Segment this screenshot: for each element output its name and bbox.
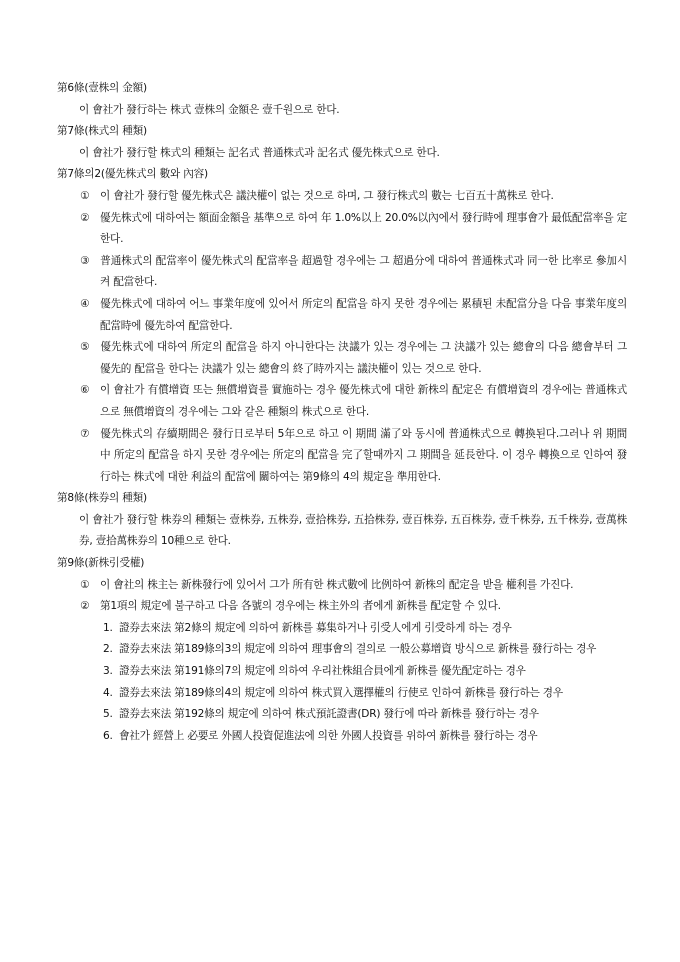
item-marker: ① <box>80 575 100 597</box>
article-7-2-item-2: ②優先株式에 대하여는 額面金額을 基準으로 하여 年 1.0%以上 20.0%… <box>57 208 627 251</box>
item-text: 이 會社가 有償增資 또는 無償增資를 實施하는 경우 優先株式에 대한 新株의… <box>100 384 627 418</box>
subitem-text: 證券去來法 第189條의3의 規定에 의하여 理事會의 결의로 一般公募增資 방… <box>119 643 596 655</box>
subitem-marker: 3. <box>103 661 119 683</box>
subitem-marker: 4. <box>103 683 119 705</box>
article-9-subitem-2: 2.證券去來法 第189條의3의 規定에 의하여 理事會의 결의로 一般公募增資… <box>57 639 627 661</box>
item-text: 優先株式에 대하여 어느 事業年度에 있어서 所定의 配當을 하지 못한 경우에… <box>100 298 627 332</box>
item-marker: ② <box>80 596 100 618</box>
item-marker: ⑥ <box>80 380 100 402</box>
item-marker: ① <box>80 186 100 208</box>
item-text: 普通株式의 配當率이 優先株式의 配當率을 超過할 경우에는 그 超過分에 대하… <box>100 255 627 289</box>
article-7-heading: 第7條(株式의 種類) <box>57 121 627 143</box>
subitem-text: 會社가 經營上 必要로 外國人投資促進法에 의한 外國人投資를 위하여 新株를 … <box>119 730 537 742</box>
subitem-text: 證券去來法 第192條의 規定에 의하여 株式預託證書(DR) 發行에 따라 新… <box>119 708 539 720</box>
item-marker: ② <box>80 208 100 230</box>
article-9-subitem-5: 5.證券去來法 第192條의 規定에 의하여 株式預託證書(DR) 發行에 따라… <box>57 704 627 726</box>
article-7-2-heading: 第7條의2(優先株式의 數와 內容) <box>57 164 627 186</box>
articles-of-incorporation-body: 第6條(壹株의 金額) 이 會社가 發行하는 株式 壹株의 金額은 壹千원으로 … <box>57 78 627 747</box>
article-7-2-item-6: ⑥이 會社가 有償增資 또는 無償增資를 實施하는 경우 優先株式에 대한 新株… <box>57 380 627 423</box>
article-9-item-2: ②第1項의 規定에 불구하고 다음 各號의 경우에는 株主外의 者에게 新株를 … <box>57 596 627 618</box>
article-7-2-item-1: ①이 會社가 發行할 優先株式은 議決權이 없는 것으로 하며, 그 發行株式의… <box>57 186 627 208</box>
article-8-body: 이 會社가 發行할 株券의 種類는 壹株券, 五株券, 壹拾株券, 五拾株券, … <box>57 510 627 553</box>
subitem-text: 證券去來法 第189條의4의 規定에 의하여 株式買入選擇權의 行使로 인하여 … <box>119 687 563 699</box>
article-7-2-item-3: ③普通株式의 配當率이 優先株式의 配當率을 超過할 경우에는 그 超過分에 대… <box>57 251 627 294</box>
article-9-heading: 第9條(新株引受權) <box>57 553 627 575</box>
subitem-text: 證券去來法 第191條의7의 規定에 의하여 우리社株組合員에게 新株를 優先配… <box>119 665 526 677</box>
article-9-item-1: ①이 會社의 株主는 新株發行에 있어서 그가 所有한 株式數에 比例하여 新株… <box>57 575 627 597</box>
article-6-body: 이 會社가 發行하는 株式 壹株의 金額은 壹千원으로 한다. <box>57 100 627 122</box>
document-page: 第6條(壹株의 金額) 이 會社가 發行하는 株式 壹株의 金額은 壹千원으로 … <box>0 0 680 962</box>
subitem-marker: 6. <box>103 726 119 748</box>
item-text: 優先株式에 대하여 所定의 配當을 하지 아니한다는 決議가 있는 경우에는 그… <box>100 341 627 375</box>
item-marker: ④ <box>80 294 100 316</box>
item-marker: ⑦ <box>80 424 100 446</box>
article-9-subitem-4: 4.證券去來法 第189條의4의 規定에 의하여 株式買入選擇權의 行使로 인하… <box>57 683 627 705</box>
subitem-marker: 5. <box>103 704 119 726</box>
item-text: 이 會社의 株主는 新株發行에 있어서 그가 所有한 株式數에 比例하여 新株의… <box>100 579 573 591</box>
article-7-2-item-7: ⑦優先株式의 存續期間은 發行日로부터 5年으로 하고 이 期間 滿了와 동시에… <box>57 424 627 489</box>
article-7-body: 이 會社가 發行할 株式의 種類는 記名式 普通株式과 記名式 優先株式으로 한… <box>57 143 627 165</box>
article-7-2-item-5: ⑤優先株式에 대하여 所定의 配當을 하지 아니한다는 決議가 있는 경우에는 … <box>57 337 627 380</box>
item-text: 優先株式의 存續期間은 發行日로부터 5年으로 하고 이 期間 滿了와 동시에 … <box>100 428 627 483</box>
subitem-marker: 2. <box>103 639 119 661</box>
item-text: 第1項의 規定에 불구하고 다음 各號의 경우에는 株主外의 者에게 新株를 配… <box>100 600 501 612</box>
subitem-marker: 1. <box>103 618 119 640</box>
item-marker: ③ <box>80 251 100 273</box>
article-8-heading: 第8條(株券의 種類) <box>57 488 627 510</box>
item-text: 優先株式에 대하여는 額面金額을 基準으로 하여 年 1.0%以上 20.0%以… <box>100 212 627 246</box>
subitem-text: 證券去來法 第2條의 規定에 의하여 新株를 募集하거나 引受人에게 引受하게 … <box>119 622 512 634</box>
article-9-subitem-1: 1.證券去來法 第2條의 規定에 의하여 新株를 募集하거나 引受人에게 引受하… <box>57 618 627 640</box>
article-6-heading: 第6條(壹株의 金額) <box>57 78 627 100</box>
article-9-subitem-6: 6.會社가 經營上 必要로 外國人投資促進法에 의한 外國人投資를 위하여 新株… <box>57 726 627 748</box>
item-text: 이 會社가 發行할 優先株式은 議決權이 없는 것으로 하며, 그 發行株式의 … <box>100 190 554 202</box>
article-9-subitem-3: 3.證券去來法 第191條의7의 規定에 의하여 우리社株組合員에게 新株를 優… <box>57 661 627 683</box>
item-marker: ⑤ <box>80 337 100 359</box>
article-7-2-item-4: ④優先株式에 대하여 어느 事業年度에 있어서 所定의 配當을 하지 못한 경우… <box>57 294 627 337</box>
